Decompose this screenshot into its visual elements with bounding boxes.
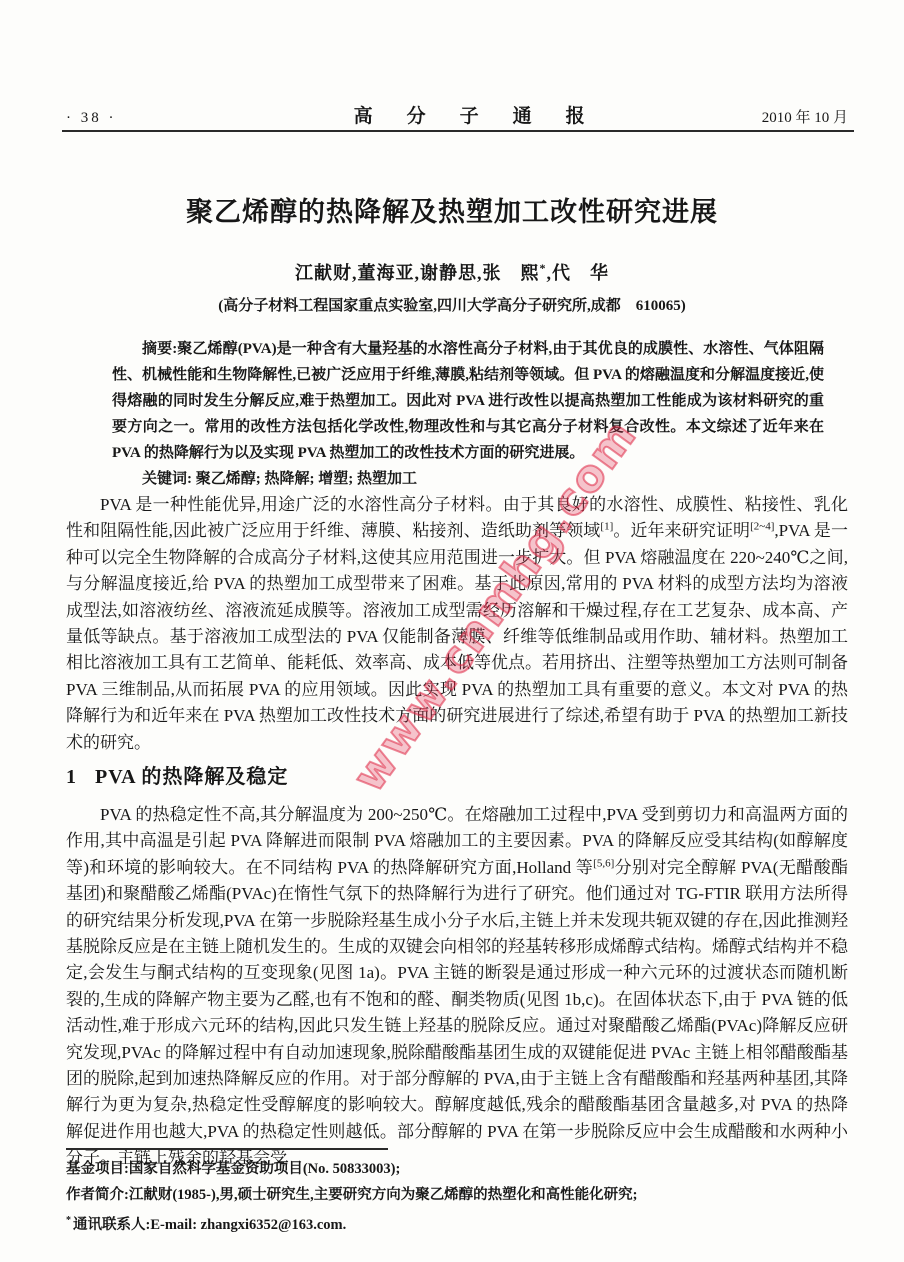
footnote-fund: 基金项目:国家自然科学基金资助项目(No. 50833003); [66,1157,848,1183]
footnote-contact: *通讯联系人:E-mail: zhangxi6352@163.com. [66,1208,848,1238]
paragraph-section-1-text-2: 分别对完全醇解 PVA(无醋酸酯基团)和聚醋酸乙烯酯(PVAc)在惰性气氛下的热… [66,858,848,1167]
header-divider [62,130,854,132]
footnote-contact-text: 通讯联系人:E-mail: zhangxi6352@163.com. [73,1217,346,1233]
paragraph-intro-text-2: 。近年来研究证明 [613,521,750,540]
journal-title: 高分子通报 [320,101,619,128]
section-1-title: PVA 的热降解及稳定 [95,766,288,788]
corresponding-author-mark: * [540,261,547,275]
paragraph-intro: PVA 是一种性能优异,用途广泛的水溶性高分子材料。由于其良好的水溶性、成膜性、… [66,492,848,756]
section-1-number: 1 [66,766,77,788]
footnote-author-bio: 作者简介:江献财(1985-),男,硕士研究生,主要研究方向为聚乙烯醇的热塑化和… [66,1183,848,1209]
keywords-label: 关键词: [142,471,192,487]
abstract-block: 摘要:聚乙烯醇(PVA)是一种含有大量羟基的水溶性高分子材料,由于其优良的成膜性… [112,336,824,492]
authors-line: 江献财,董海亚,谢静思,张 熙*,代 华 [0,259,904,285]
footnote-divider [66,1148,388,1150]
abstract-label: 摘要: [142,341,177,357]
citation-ref-1: [1] [600,521,613,533]
document-page: · 38 · 高分子通报 2010 年 10 月 聚乙烯醇的热降解及热塑加工改性… [0,0,904,1262]
footnotes-block: 基金项目:国家自然科学基金资助项目(No. 50833003); 作者简介:江献… [66,1148,848,1238]
abstract-text: 聚乙烯醇(PVA)是一种含有大量羟基的水溶性高分子材料,由于其优良的成膜性、水溶… [112,341,824,461]
issue-date: 2010 年 10 月 [762,106,848,127]
keywords-line: 关键词: 聚乙烯醇; 热降解; 增塑; 热塑加工 [112,466,824,492]
footnote-asterisk-mark: * [66,1215,71,1226]
abstract-paragraph: 摘要:聚乙烯醇(PVA)是一种含有大量羟基的水溶性高分子材料,由于其优良的成膜性… [112,336,824,466]
authors-names-rest: ,代 华 [547,263,610,283]
paragraph-intro-text-3: ,PVA 是一种可以完全生物降解的合成高分子材料,这使其应用范围进一步扩大。但 … [66,521,848,751]
page-number: · 38 · [66,110,117,127]
affiliation-line: (高分子材料工程国家重点实验室,四川大学高分子研究所,成都 610065) [0,294,904,315]
keywords-text: 聚乙烯醇; 热降解; 增塑; 热塑加工 [192,471,417,487]
section-1-heading: 1PVA 的热降解及稳定 [66,760,848,789]
authors-names: 江献财,董海亚,谢静思,张 熙 [295,263,540,283]
article-title: 聚乙烯醇的热降解及热塑加工改性研究进展 [0,190,904,229]
page-header: · 38 · 高分子通报 2010 年 10 月 [66,101,848,128]
citation-ref-2-4: [2~4] [750,521,774,533]
paragraph-section-1: PVA 的热稳定性不高,其分解温度为 200~250℃。在熔融加工过程中,PVA… [66,802,848,1172]
citation-ref-5-6: [5,6] [593,857,614,869]
